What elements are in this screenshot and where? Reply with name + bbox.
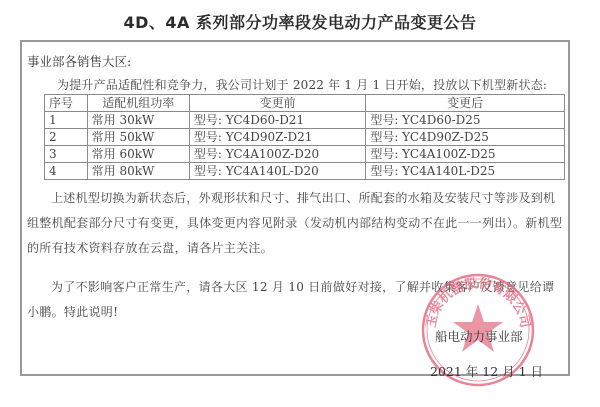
cell-before: 型号: YC4D60-D21 <box>189 112 365 129</box>
header-before: 变更前 <box>189 95 365 112</box>
document-title: 4D、4A 系列部分功率段发电动力产品变更公告 <box>0 10 600 33</box>
header-after: 变更后 <box>366 95 565 112</box>
cell-no: 4 <box>45 163 88 180</box>
header-power: 适配机组功率 <box>87 95 189 112</box>
signature-date: 2021 年 12 月 1 日 <box>430 362 543 380</box>
cell-power: 常用 30kW <box>87 112 189 129</box>
table-header-row: 序号 适配机组功率 变更前 变更后 <box>45 95 565 112</box>
cell-power: 常用 60kW <box>87 146 189 163</box>
cell-after: 型号: YC4A100Z-D25 <box>366 146 565 163</box>
signature-department: 船电动力事业部 <box>435 327 523 345</box>
cell-no: 2 <box>45 129 88 146</box>
table-row: 1 常用 30kW 型号: YC4D60-D21 型号: YC4D60-D25 <box>45 112 565 129</box>
table-row: 3 常用 60kW 型号: YC4A100Z-D20 型号: YC4A100Z-… <box>45 146 565 163</box>
intro-paragraph: 为提升产品适配性和竞争力，我公司计划于 2022 年 1 月 1 日开始，投放以… <box>57 76 547 93</box>
cell-power: 常用 80kW <box>87 163 189 180</box>
table-row: 4 常用 80kW 型号: YC4A140L-D20 型号: YC4A140L-… <box>45 163 565 180</box>
cell-after: 型号: YC4D90Z-D25 <box>366 129 565 146</box>
body-paragraph-changes: 上述机型切换为新状态后，外观形状和尺寸、排气出口、所配套的水箱及安装尺寸等涉及到… <box>27 186 563 261</box>
cell-no: 1 <box>45 112 88 129</box>
addressee: 事业部各销售大区: <box>27 52 131 70</box>
cell-before: 型号: YC4A100Z-D20 <box>189 146 365 163</box>
cell-after: 型号: YC4A140L-D25 <box>366 163 565 180</box>
cell-after: 型号: YC4D60-D25 <box>366 112 565 129</box>
cell-no: 3 <box>45 146 88 163</box>
cell-before: 型号: YC4D90Z-D21 <box>189 129 365 146</box>
model-change-table: 序号 适配机组功率 变更前 变更后 1 常用 30kW 型号: YC4D60-D… <box>44 94 565 180</box>
header-no: 序号 <box>45 95 88 112</box>
table-row: 2 常用 50kW 型号: YC4D90Z-D21 型号: YC4D90Z-D2… <box>45 129 565 146</box>
cell-before: 型号: YC4A140L-D20 <box>189 163 365 180</box>
cell-power: 常用 50kW <box>87 129 189 146</box>
